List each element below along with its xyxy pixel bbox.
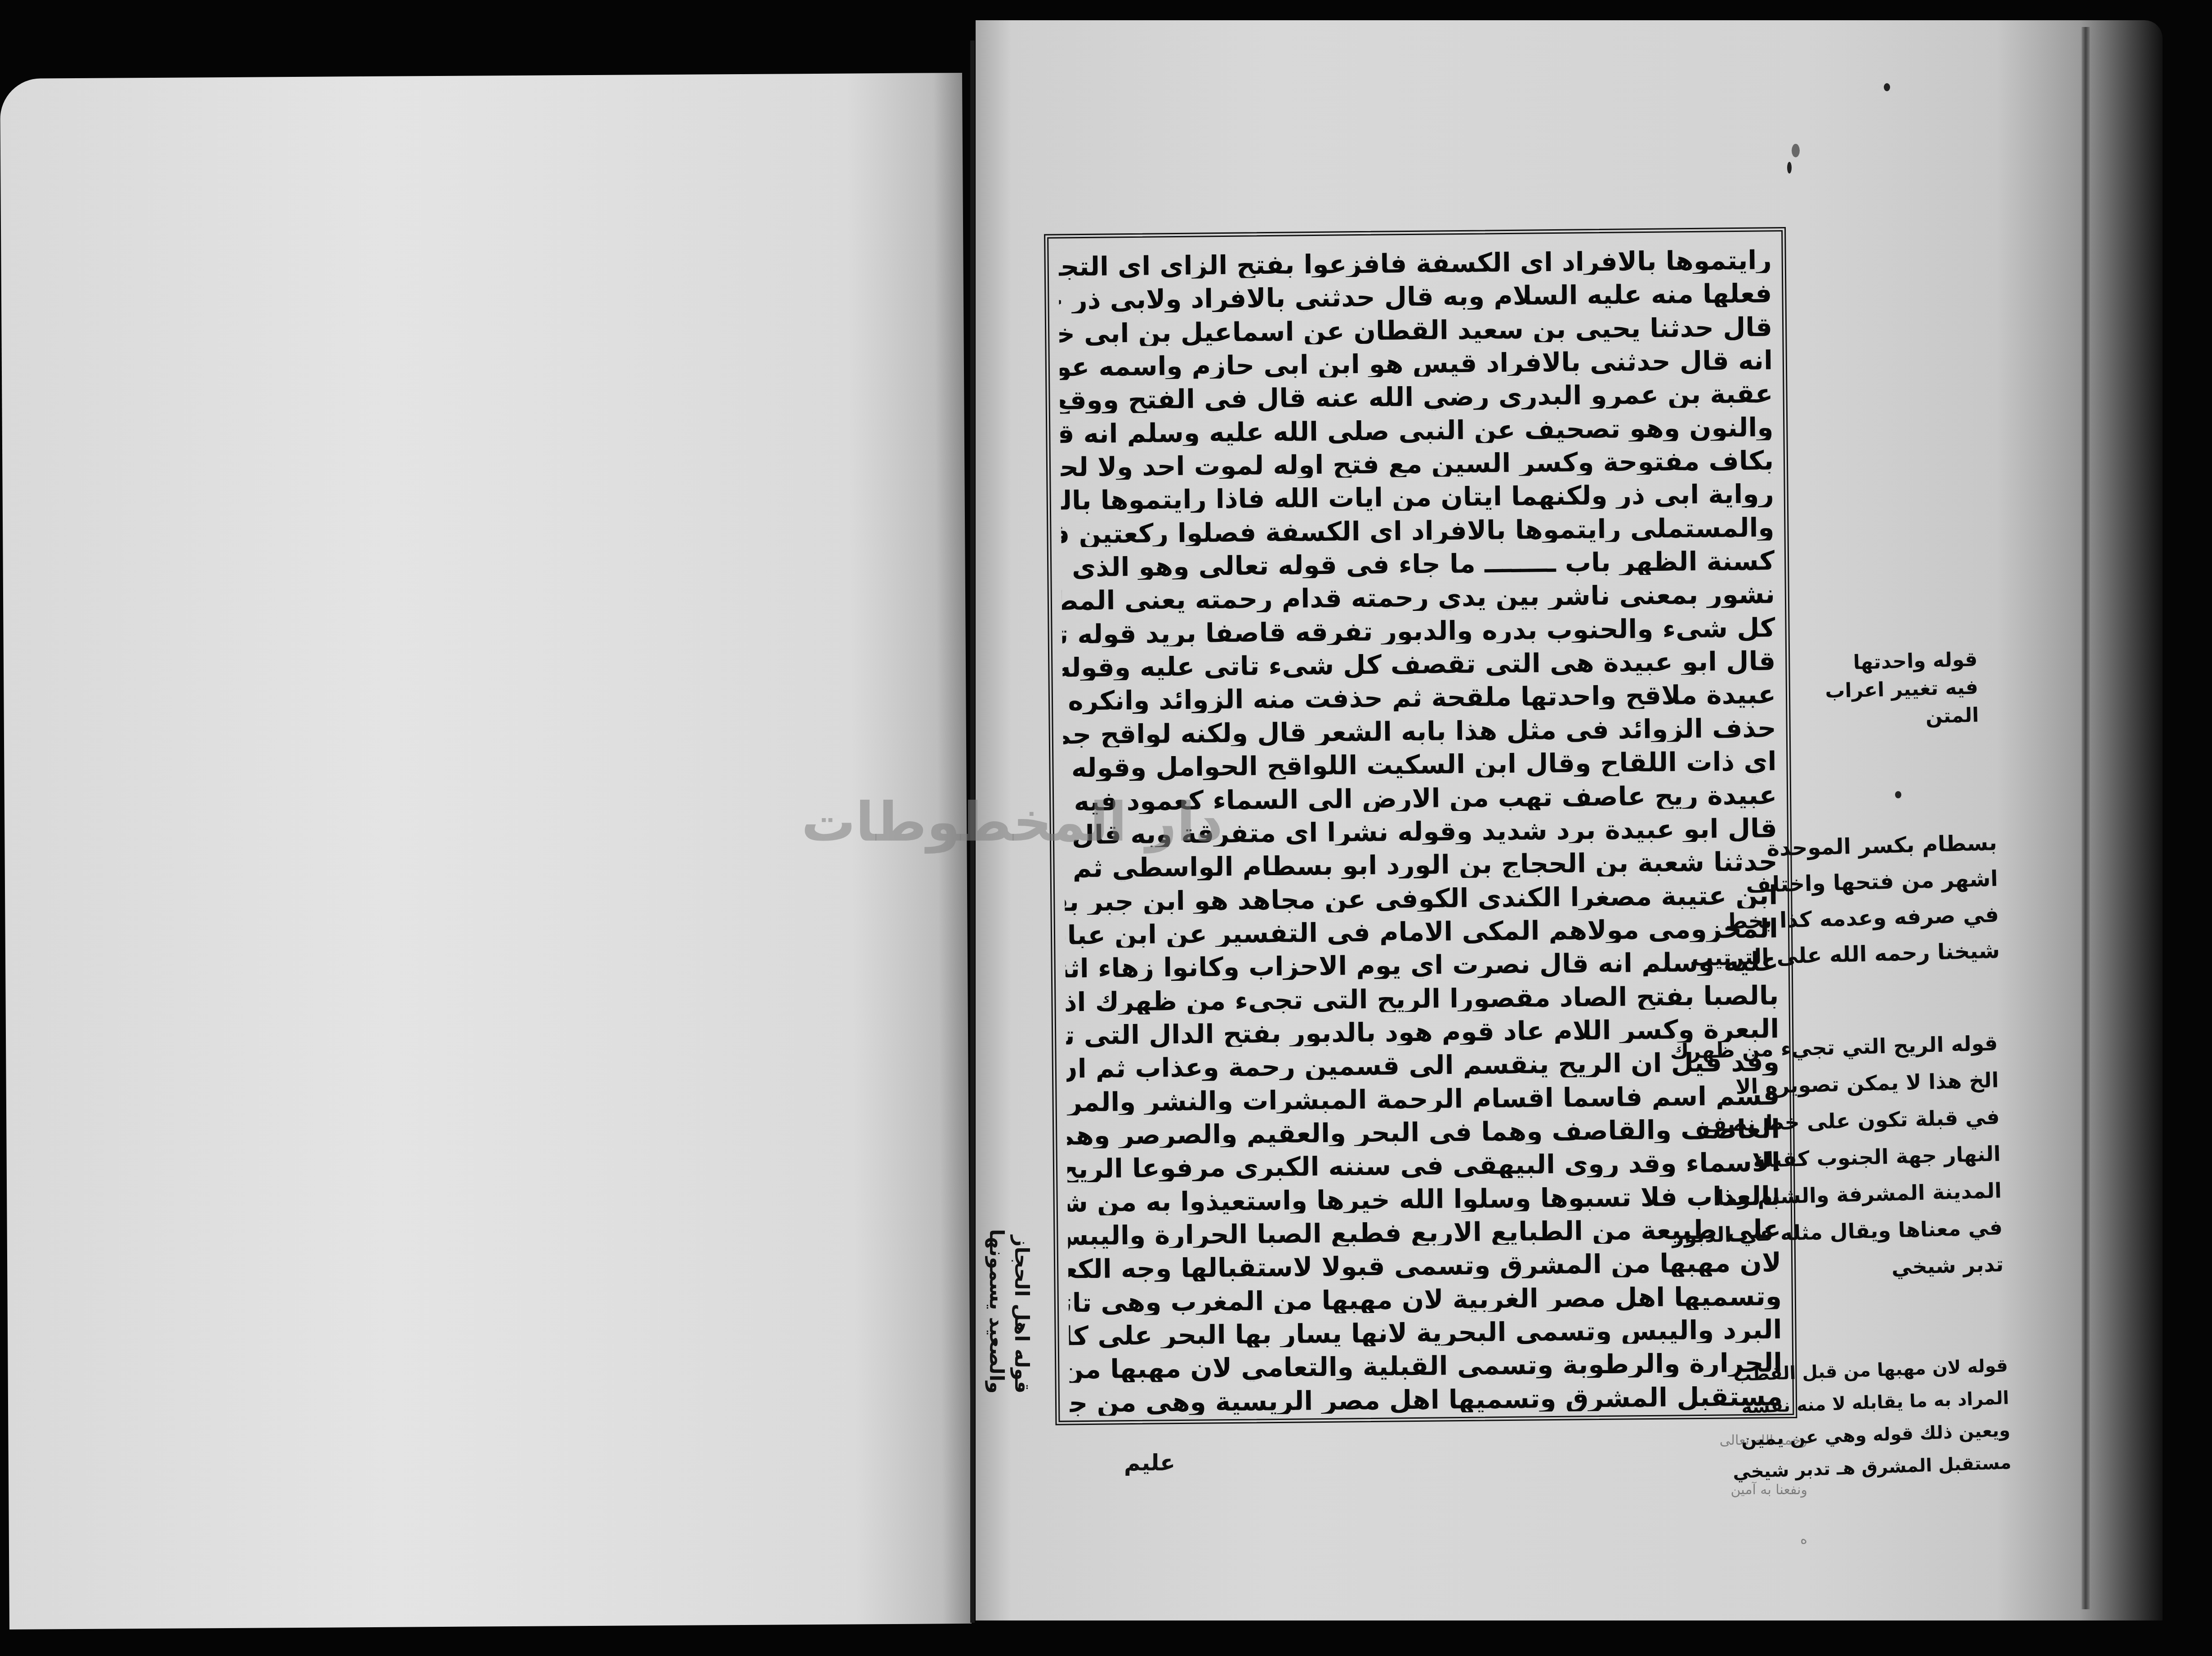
gloss-line: قوله واحدتها [1851, 645, 1978, 677]
paper-speck [1884, 83, 1890, 91]
manuscript-line: مستقبل المشرق وتسميها اهل مصر الريسية وه… [1070, 1376, 1783, 1416]
gloss-line: في قبلة تكون على خط نصف [1802, 1098, 2000, 1140]
gloss-line: قوله الريح التي تجيء من ظهرك [1800, 1024, 1998, 1066]
paper-speck [1787, 162, 1792, 174]
faded-note-line: ه [1672, 1515, 1807, 1564]
faded-marginal-note: رحمه الله تعالىونفعنا به آمينه [1672, 1416, 1807, 1564]
right-margin-gloss-3: قوله الريح التي تجيء من ظهركالخ هذا لا ي… [1800, 1024, 2004, 1287]
gloss-line: بسطام بكسر الموحدة [1812, 825, 1998, 866]
gloss-line: الخ هذا لا يمكن تصويره الا [1801, 1061, 1999, 1103]
right-margin-gloss-1: قوله واحدتهافيه تغيير اعرابالمتن [1851, 645, 1980, 732]
catchword: عليم [1124, 1450, 1175, 1476]
gloss-line: المتن [1853, 701, 1980, 732]
gloss-line: في معناها ويقال مثله في الدبور [1804, 1209, 2003, 1251]
margin-note-line: الغرب وفي الشرح [980, 467, 984, 1393]
gloss-line: المدينة المشرفة والشام وما [1803, 1172, 2002, 1214]
faded-note-line: ونفعنا به آمين [1672, 1465, 1807, 1515]
book-gutter [970, 40, 975, 1623]
gloss-line: تدبر شيخي [1805, 1246, 2004, 1287]
gloss-line: النهار جهة الجنوب كقبلة [1802, 1135, 2001, 1177]
paper-speck [1792, 144, 1800, 157]
gloss-line: شيخنا رحمه الله على الترتيب [1815, 933, 2000, 974]
gloss-line: فيه تغيير اعراب [1852, 673, 1979, 704]
left-margin-notes: قوله اهل الحجازوالصعيد يسمونهاالغرب وفي … [980, 467, 1034, 1393]
margin-note-line: قوله اهل الحجاز [1009, 467, 1034, 1393]
right-margin-gloss-4: قوله لان مهبها من قبل القطبالمراد به ما … [1801, 1349, 2012, 1486]
page-edge-shadow [2082, 27, 2090, 1609]
right-margin-gloss-2: بسطام بكسر الموحدةاشهر من فتحها واختلففي… [1812, 825, 2000, 974]
margin-note-line: والصعيد يسمونها [984, 467, 1009, 1393]
paper-speck [1895, 791, 1901, 798]
faded-note-line: رحمه الله تعالى [1672, 1416, 1807, 1465]
gloss-line: اشهر من فتحها واختلف [1813, 861, 1998, 902]
left-blank-page [0, 73, 972, 1629]
gloss-line: في صرفه وعدمه كذا بخط [1814, 897, 1999, 938]
